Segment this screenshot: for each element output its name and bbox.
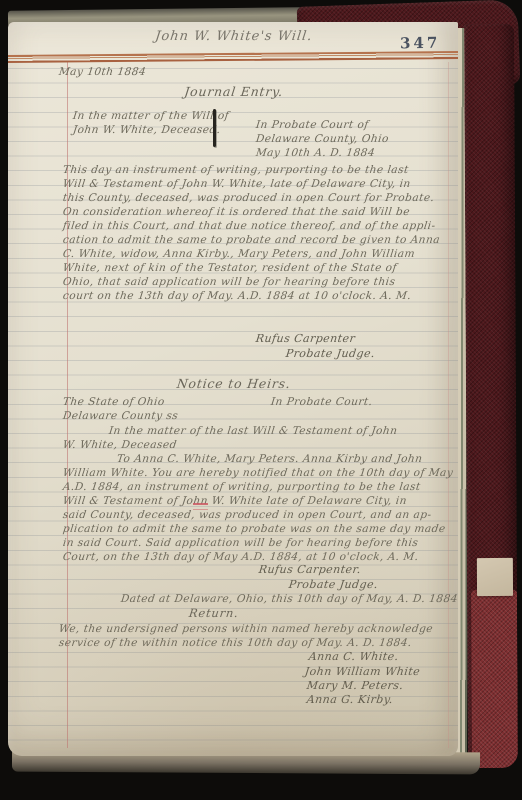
right-margin-line bbox=[448, 62, 449, 748]
book-cover-right bbox=[464, 24, 518, 768]
notice-heading: Notice to Heirs. bbox=[68, 377, 400, 390]
heir-signature: Mary M. Peters. bbox=[306, 679, 404, 692]
journal-body-line: C. White, widow, Anna Kirby., Mary Peter… bbox=[62, 248, 416, 261]
notice-court-line: In Probate Court. bbox=[270, 396, 373, 409]
notice-body-line: in said Court. Said application will be … bbox=[62, 537, 419, 550]
judge-signature: Rufus Carpenter bbox=[255, 332, 356, 345]
journal-court-line: In Probate Court of bbox=[255, 119, 369, 132]
journal-court-line: May 10th A. D. 1884 bbox=[255, 147, 376, 160]
notice-body-line: A.D. 1884, an instrument of writing, pur… bbox=[62, 481, 421, 494]
entry-date: May 10th 1884 bbox=[58, 66, 147, 79]
journal-body-line: filed in this Court, and that due notice… bbox=[62, 220, 436, 233]
journal-body-line: Ohio, that said application will be for … bbox=[62, 276, 396, 289]
photo-of-ledger: John W. White's Will. 347 May 10th 1884 … bbox=[0, 0, 522, 800]
journal-court-line: Delaware County, Ohio bbox=[255, 133, 390, 146]
notice-matter-line: W. White, Deceased bbox=[62, 439, 178, 452]
notice-body-line: To Anna C. White, Mary Peters. Anna Kirb… bbox=[116, 453, 423, 466]
judge-signature-title: Probate Judge. bbox=[285, 347, 376, 360]
notice-state-line: The State of Ohio bbox=[62, 396, 165, 409]
journal-body-line: cation to admit the same to probate and … bbox=[62, 234, 441, 247]
journal-body-line: Will & Testament of John W. White, late … bbox=[62, 178, 411, 191]
ledger-page: John W. White's Will. 347 May 10th 1884 … bbox=[8, 22, 458, 756]
journal-body-line: this County, deceased, was produced in o… bbox=[62, 192, 435, 205]
dated-line: Dated at Delaware, Ohio, this 10th day o… bbox=[120, 593, 458, 606]
header-double-rule bbox=[8, 51, 458, 63]
journal-body-line: White, next of kin of the Testator, resi… bbox=[62, 262, 398, 275]
journal-matter-line: In the matter of the Will of bbox=[72, 110, 230, 123]
journal-entry-heading: Journal Entry. bbox=[68, 85, 400, 98]
notice-matter-line: In the matter of the last Will & Testame… bbox=[108, 425, 398, 438]
notice-county-line: Delaware County ss bbox=[62, 410, 179, 423]
heir-signature: Anna G. Kirby. bbox=[306, 693, 394, 706]
judge-signature: Rufus Carpenter. bbox=[258, 563, 362, 576]
notice-body-line: Court, on the 13th day of May A.D. 1884,… bbox=[62, 551, 419, 564]
journal-matter-line: John W. White, Deceased. bbox=[72, 124, 221, 137]
notice-body-line: William White. You are hereby notified t… bbox=[62, 467, 454, 480]
journal-body-line: This day an instrument of writing, purpo… bbox=[62, 164, 409, 177]
page-number: 347 bbox=[400, 34, 441, 53]
journal-body-line: court on the 13th day of May. A.D. 1884 … bbox=[62, 290, 412, 303]
matter-brace bbox=[213, 109, 216, 147]
cover-worn-patch bbox=[471, 590, 518, 768]
notice-body-line: plication to admit the same to probate w… bbox=[62, 523, 446, 536]
return-line: service of the within notice this 10th d… bbox=[58, 637, 412, 650]
cover-label-patch bbox=[477, 558, 513, 596]
notice-body-line: Will & Testament of John W. White late o… bbox=[62, 495, 408, 508]
heir-signature: John William White bbox=[304, 665, 421, 678]
return-line: We, the undersigned persons within named… bbox=[58, 623, 434, 636]
notice-body-line: said County, deceased, was produced in o… bbox=[62, 509, 432, 522]
page-title: John W. White's Will. bbox=[88, 30, 380, 43]
journal-body-line: On consideration whereof it is ordered t… bbox=[62, 206, 411, 219]
return-heading: Return. bbox=[68, 607, 360, 620]
judge-signature-title: Probate Judge. bbox=[288, 578, 379, 591]
heir-signature: Anna C. White. bbox=[308, 650, 399, 663]
